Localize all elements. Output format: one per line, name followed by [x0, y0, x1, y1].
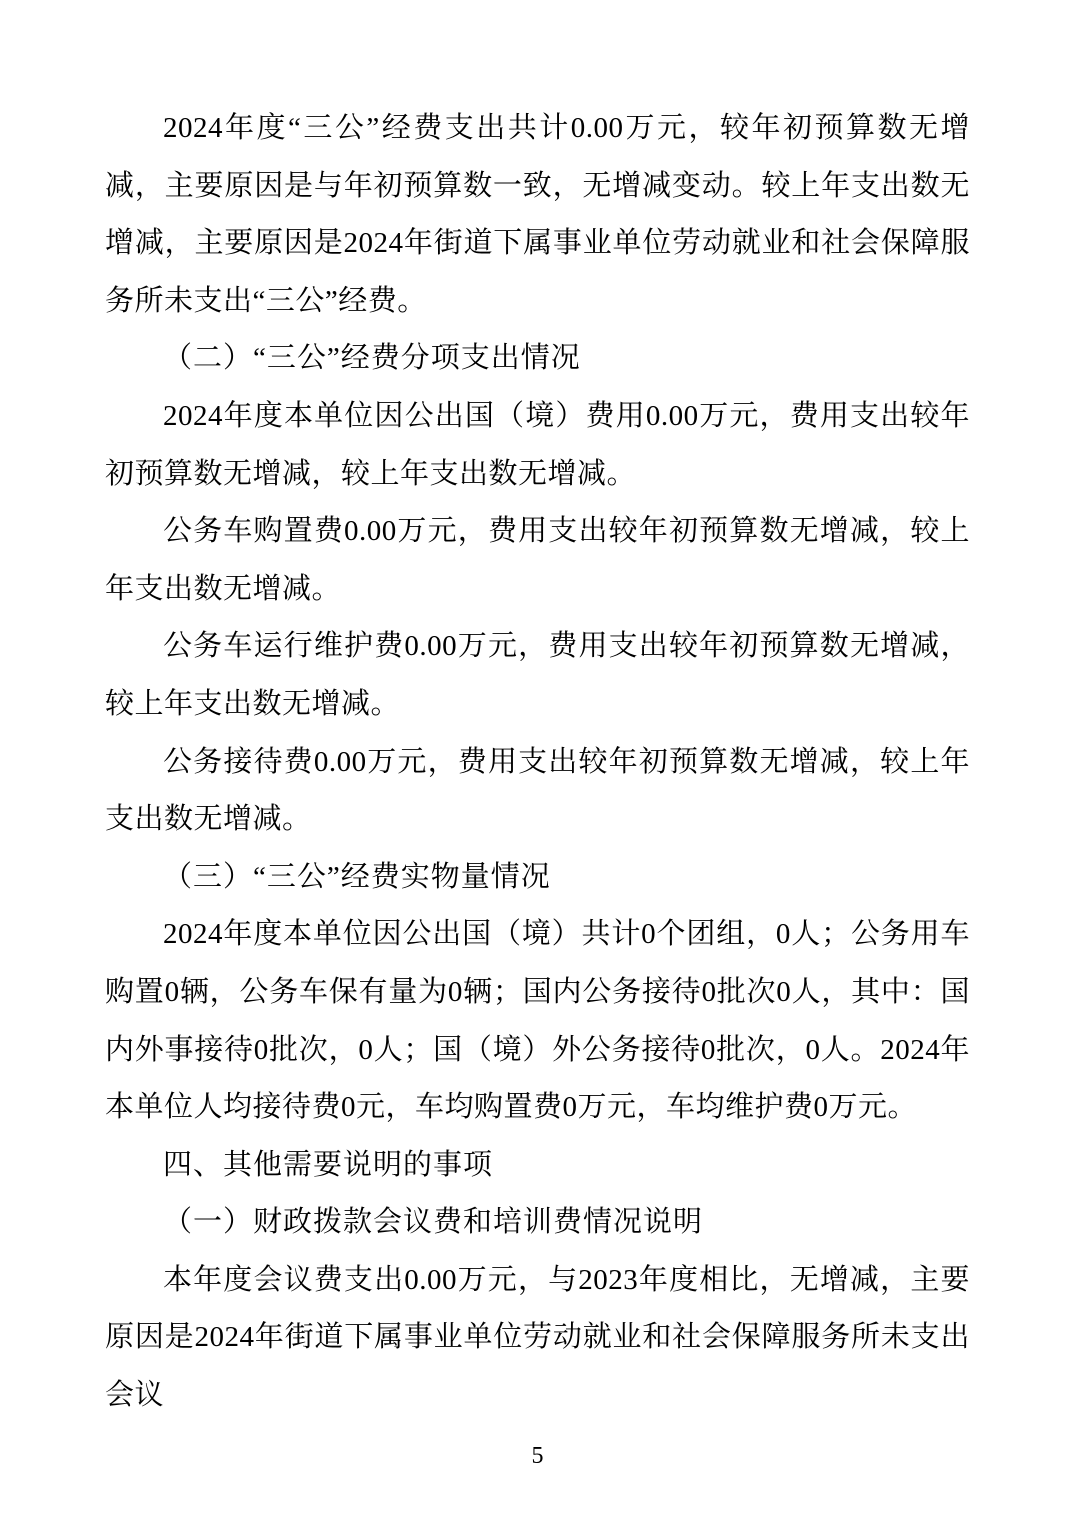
para-meeting-fee-detail: 本年度会议费支出0.00万元，与2023年度相比，无增减，主要原因是2024年街…: [105, 1252, 970, 1425]
para-sangong-total-expense: 2024年度“三公”经费支出共计0.00万元，较年初预算数无增减，主要原因是与年…: [105, 100, 970, 330]
document-page: 2024年度“三公”经费支出共计0.00万元，较年初预算数无增减，主要原因是与年…: [0, 0, 1075, 1520]
para-vehicle-purchase-expense: 公务车购置费0.00万元，费用支出较年初预算数无增减，较上年支出数无增减。: [105, 503, 970, 618]
para-physical-quantity-detail: 2024年度本单位因公出国（境）共计0个团组，0人；公务用车购置0辆，公务车保有…: [105, 906, 970, 1136]
document-body: 2024年度“三公”经费支出共计0.00万元，较年初预算数无增减，主要原因是与年…: [105, 100, 970, 1425]
heading-sangong-physical-quantity: （三）“三公”经费实物量情况: [105, 849, 970, 907]
page-number: 5: [0, 1442, 1075, 1470]
para-vehicle-maintenance-expense: 公务车运行维护费0.00万元，费用支出较年初预算数无增减，较上年支出数无增减。: [105, 618, 970, 733]
heading-meeting-training-fees: （一）财政拨款会议费和培训费情况说明: [105, 1194, 970, 1252]
para-overseas-travel-expense: 2024年度本单位因公出国（境）费用0.00万元，费用支出较年初预算数无增减，较…: [105, 388, 970, 503]
document-viewport: { "document": { "colors": { "text": "#00…: [0, 0, 1075, 1520]
heading-sangong-itemized-expenses: （二）“三公”经费分项支出情况: [105, 330, 970, 388]
para-official-reception-expense: 公务接待费0.00万元，费用支出较年初预算数无增减，较上年支出数无增减。: [105, 734, 970, 849]
heading-other-matters: 四、其他需要说明的事项: [105, 1137, 970, 1195]
